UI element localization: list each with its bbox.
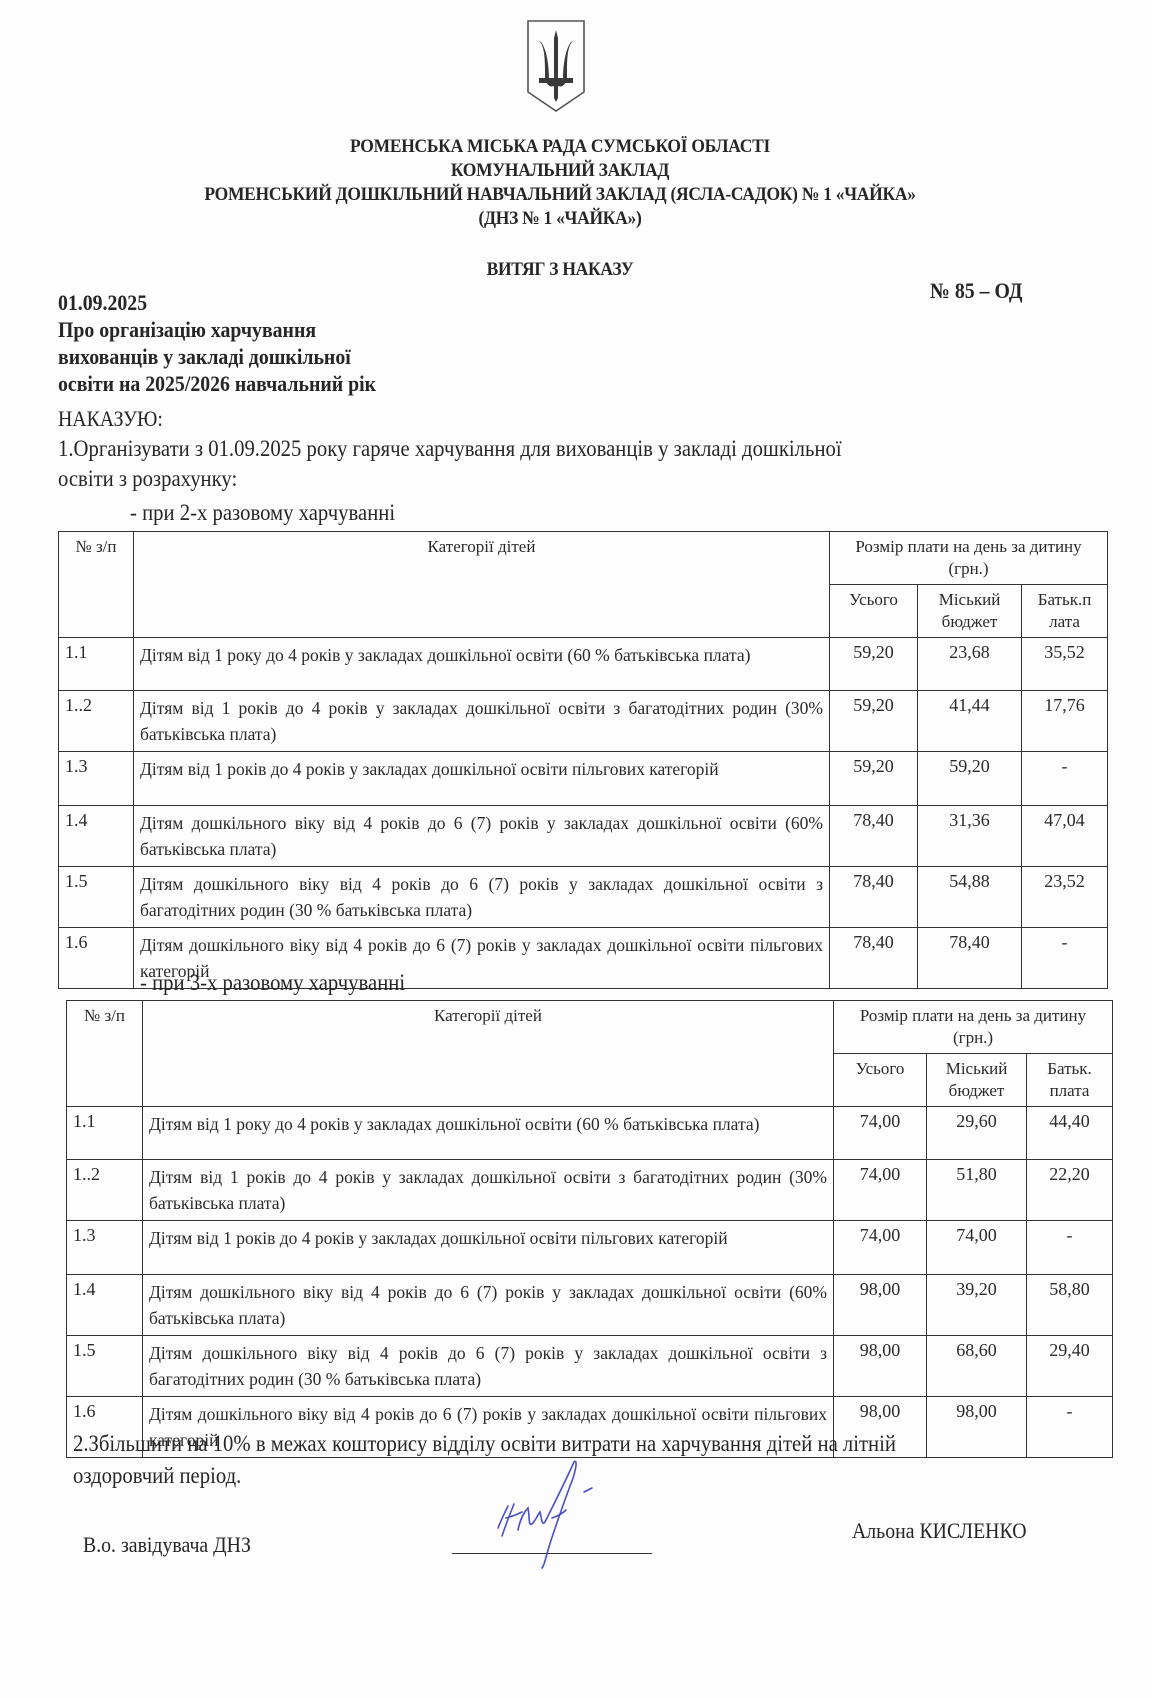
table-row: 1.1 Дітям від 1 року до 4 років у заклад…: [59, 638, 1108, 691]
row-total: 74,00: [834, 1160, 927, 1221]
document-type: ВИТЯГ З НАКАЗУ: [45, 259, 1075, 281]
table-row: 1.3 Дітям від 1 років до 4 років у закла…: [59, 752, 1108, 806]
table-row: 1..2 Дітям від 1 років до 4 років у закл…: [67, 1160, 1113, 1221]
row-category: Дітям дошкільного віку від 4 років до 6 …: [143, 1336, 834, 1397]
row-index: 1.3: [59, 752, 134, 806]
row-total: 98,00: [834, 1275, 927, 1336]
council-name: РОМЕНСЬКА МІСЬКА РАДА СУМСЬКОЇ ОБЛАСТІ: [45, 136, 1075, 158]
row-parent-fee: 44,40: [1027, 1107, 1113, 1160]
coat-of-arms-icon: [525, 18, 587, 114]
row-parent-fee: 22,20: [1027, 1160, 1113, 1221]
header-fee-group: Розмір плати на день за дитину (грн.): [834, 1001, 1113, 1054]
point-1-line: освіти з розрахунку:: [58, 464, 994, 494]
table-row: 1.5 Дітям дошкільного віку від 4 років д…: [67, 1336, 1113, 1397]
row-index: 1.6: [59, 928, 134, 989]
row-total: 98,00: [834, 1336, 927, 1397]
row-city-budget: 78,40: [918, 928, 1022, 989]
subject-line: вихованців у закладі дошкільної: [58, 343, 376, 370]
row-total: 59,20: [830, 752, 918, 806]
header-category: Категорії дітей: [134, 532, 830, 638]
row-index: 1..2: [59, 691, 134, 752]
header-total: Усього: [830, 585, 918, 638]
row-category: Дітям від 1 років до 4 років у закладах …: [143, 1221, 834, 1275]
row-city-budget: 74,00: [927, 1221, 1027, 1275]
row-total: 59,20: [830, 691, 918, 752]
row-city-budget: 23,68: [918, 638, 1022, 691]
row-city-budget: 41,44: [918, 691, 1022, 752]
point-1: 1.Організувати з 01.09.2025 року гаряче …: [58, 434, 1098, 494]
order-number: № 85 – ОД: [930, 278, 1022, 304]
row-category: Дітям від 1 року до 4 років у закладах д…: [143, 1107, 834, 1160]
row-index: 1.3: [67, 1221, 143, 1275]
point-2-line: 2.Збільшити на 10% в межах кошторису від…: [73, 1428, 1009, 1460]
row-index: 1.1: [67, 1107, 143, 1160]
row-parent-fee: 35,52: [1022, 638, 1108, 691]
table-row: 1.4 Дітям дошкільного віку від 4 років д…: [67, 1275, 1113, 1336]
row-city-budget: 31,36: [918, 806, 1022, 867]
row-index: 1.5: [67, 1336, 143, 1397]
row-category: Дітям від 1 років до 4 років у закладах …: [143, 1160, 834, 1221]
institution-type: КОМУНАЛЬНИЙ ЗАКЛАД: [45, 160, 1075, 182]
row-index: 1.4: [59, 806, 134, 867]
header-fee-group: Розмір плати на день за дитину (грн.): [830, 532, 1108, 585]
three-meals-label: - при 3-х разовому харчуванні: [140, 970, 405, 996]
row-city-budget: 54,88: [918, 867, 1022, 928]
header-total: Усього: [834, 1054, 927, 1107]
row-category: Дітям від 1 років до 4 років у закладах …: [134, 691, 830, 752]
header-city-budget: Міський бюджет: [918, 585, 1022, 638]
signatory-name: Альона КИСЛЕНКО: [852, 1518, 1027, 1544]
row-category: Дітям дошкільного віку від 4 років до 6 …: [134, 806, 830, 867]
table-row: 1.4 Дітям дошкільного віку від 4 років д…: [59, 806, 1108, 867]
row-category: Дітям від 1 року до 4 років у закладах д…: [134, 638, 830, 691]
row-category: Дітям дошкільного віку від 4 років до 6 …: [143, 1275, 834, 1336]
table-row: 1.1 Дітям від 1 року до 4 років у заклад…: [67, 1107, 1113, 1160]
table-row: 1..2 Дітям від 1 років до 4 років у закл…: [59, 691, 1108, 752]
fees-table-three-meals: № з/п Категорії дітей Розмір плати на де…: [66, 1000, 1113, 1458]
row-total: 78,40: [830, 928, 918, 989]
header-index: № з/п: [67, 1001, 143, 1107]
institution-short-name: (ДНЗ № 1 «ЧАЙКА»): [45, 208, 1075, 230]
directive-heading: НАКАЗУЮ:: [58, 406, 163, 432]
handwritten-signature-icon: [488, 1458, 628, 1570]
row-parent-fee: -: [1022, 752, 1108, 806]
row-category: Дітям дошкільного віку від 4 років до 6 …: [134, 867, 830, 928]
row-city-budget: 29,60: [927, 1107, 1027, 1160]
header-index: № з/п: [59, 532, 134, 638]
header-category: Категорії дітей: [143, 1001, 834, 1107]
row-city-budget: 39,20: [927, 1275, 1027, 1336]
two-meals-label: - при 2-х разовому харчуванні: [130, 500, 395, 526]
order-subject: Про організацію харчування вихованців у …: [58, 316, 411, 397]
header-city-budget: Міський бюджет: [927, 1054, 1027, 1107]
row-parent-fee: -: [1027, 1221, 1113, 1275]
subject-line: освіти на 2025/2026 навчальний рік: [58, 370, 376, 397]
table-row: 1.5 Дітям дошкільного віку від 4 років д…: [59, 867, 1108, 928]
row-category: Дітям від 1 років до 4 років у закладах …: [134, 752, 830, 806]
row-total: 74,00: [834, 1221, 927, 1275]
row-parent-fee: 47,04: [1022, 806, 1108, 867]
signatory-role: В.о. завідувача ДНЗ: [83, 1532, 251, 1558]
row-city-budget: 59,20: [918, 752, 1022, 806]
row-parent-fee: -: [1022, 928, 1108, 989]
row-city-budget: 68,60: [927, 1336, 1027, 1397]
row-parent-fee: 17,76: [1022, 691, 1108, 752]
header-parent-fee: Батьк.п лата: [1022, 585, 1108, 638]
row-parent-fee: 29,40: [1027, 1336, 1113, 1397]
row-index: 1.4: [67, 1275, 143, 1336]
header-parent-fee: Батьк. плата: [1027, 1054, 1113, 1107]
row-index: 1..2: [67, 1160, 143, 1221]
row-index: 1.5: [59, 867, 134, 928]
institution-name: РОМЕНСЬКИЙ ДОШКІЛЬНИЙ НАВЧАЛЬНИЙ ЗАКЛАД …: [45, 184, 1075, 206]
row-index: 1.1: [59, 638, 134, 691]
row-total: 78,40: [830, 867, 918, 928]
row-city-budget: 51,80: [927, 1160, 1027, 1221]
table-row: 1.3 Дітям від 1 років до 4 років у закла…: [67, 1221, 1113, 1275]
row-parent-fee: 23,52: [1022, 867, 1108, 928]
row-parent-fee: 58,80: [1027, 1275, 1113, 1336]
order-date: 01.09.2025: [58, 290, 147, 316]
row-total: 78,40: [830, 806, 918, 867]
subject-line: Про організацію харчування: [58, 316, 376, 343]
fees-table-two-meals: № з/п Категорії дітей Розмір плати на де…: [58, 531, 1108, 989]
point-1-line: 1.Організувати з 01.09.2025 року гаряче …: [58, 434, 994, 464]
row-total: 74,00: [834, 1107, 927, 1160]
row-total: 59,20: [830, 638, 918, 691]
